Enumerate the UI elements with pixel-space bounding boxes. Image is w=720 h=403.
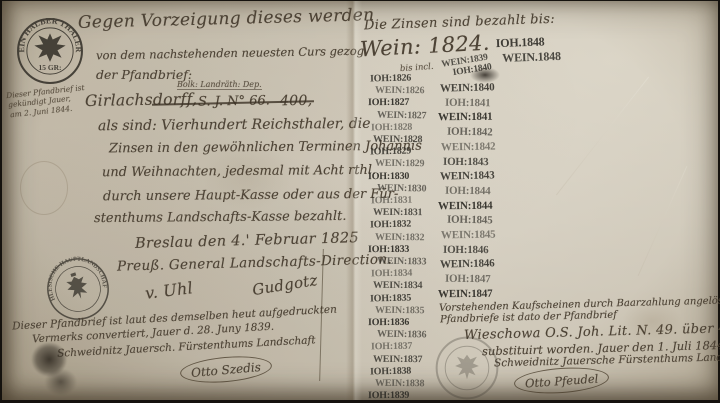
eagle-icon [455, 355, 479, 379]
estate-name: Girlachsdorff, [85, 90, 198, 110]
interest-stamp: WEIN:1831 [373, 207, 422, 218]
interest-stamp: WEIN:1847 [438, 288, 493, 300]
interest-stamp: IOH:1826 [370, 72, 411, 84]
pfandbrief-page: EIN HALBER THALER 15 GR: Dieser Pfandbri… [2, 1, 718, 400]
interest-stamp: WEIN:1837 [373, 353, 422, 364]
ink-blot [26, 337, 84, 401]
interest-stamp: IOH:1829 [370, 146, 411, 158]
body-line: als sind: Vierhundert Reichsthaler, die [98, 116, 371, 134]
interest-stamp: WEIN:1846 [440, 258, 495, 271]
interest-stamp: WEIN:1828 [373, 134, 422, 145]
interest-stamp: IOH:1830 [368, 170, 409, 181]
eagle-icon [34, 33, 65, 62]
interest-stamp: IOH:1844 [445, 185, 491, 198]
interest-stamp: WEIN:1827 [377, 109, 427, 121]
interest-stamp: IOH:1842 [447, 126, 493, 139]
interest-stamp: WEIN:1833 [377, 256, 427, 268]
interest-stamp: WEIN:1826 [375, 85, 424, 97]
interest-stamp-column-1: IOH:1826WEIN:1826IOH:1827WEIN:1827IOH:18… [370, 73, 440, 403]
interest-stamp: WEIN:1842 [441, 140, 496, 153]
interest-stamp: WEIN:1836 [377, 329, 427, 341]
interest-stamp: WEIN:1841 [438, 111, 493, 123]
interest-stamp: IOH:1835 [370, 292, 411, 304]
interest-stamp: IOH:1846 [443, 244, 489, 256]
body-line: stenthums Landschafts-Kasse bezahlt. [94, 209, 347, 226]
interest-stamp: WEIN:1835 [375, 304, 424, 316]
paper-scratch [556, 77, 649, 196]
paper-stain [202, 141, 292, 211]
coat-of-arms-icon [63, 270, 91, 302]
interest-stamp: IOH:1838 [370, 365, 411, 377]
interest-paid-line: Die Zinsen sind bezahlt bis: [364, 12, 555, 34]
interest-stamp: IOH:1828 [371, 121, 412, 133]
interest-stamp: WEIN:1844 [438, 199, 493, 211]
interest-stamp: IOH:1843 [443, 155, 489, 167]
document-photo: EIN HALBER THALER 15 GR: Dieser Pfandbri… [0, 0, 720, 403]
interest-stamp: IOH:1839 [368, 390, 409, 401]
interest-stamp: WEIN:1830 [377, 182, 427, 194]
conversion-signature: Otto Szedis [191, 360, 262, 380]
embossed-mark [20, 161, 68, 215]
interest-stamp: WEIN.1848 [502, 49, 561, 66]
interest-stamp-column-2: WEIN:1840IOH:1841WEIN:1841IOH:1842WEIN:1… [440, 82, 520, 302]
faint-seal [434, 335, 500, 401]
stamps-1848: IOH.1848 WEIN.1848 [495, 34, 561, 66]
substitution-signature-oval: Otto Pfeudel [513, 365, 610, 397]
interest-stamp: IOH:1832 [370, 219, 411, 231]
interest-stamp: IOH:1833 [368, 244, 409, 255]
department-note: Bolk: Landräth: Dep. [177, 80, 262, 90]
interest-stamp: WEIN:1838 [375, 378, 424, 390]
interest-stamp: IOH:1837 [371, 341, 412, 353]
interest-stamp: WEIN:1832 [375, 231, 424, 243]
interest-stamp: WEIN:1829 [375, 158, 424, 170]
interest-stamp: WEIN:1845 [441, 229, 496, 242]
interest-stamp: WEIN:1840 [440, 81, 495, 94]
interest-stamp: IOH:1827 [368, 97, 409, 108]
half-thaler-seal: EIN HALBER THALER 15 GR: [16, 17, 84, 85]
ink-smudge [470, 67, 500, 83]
page-fold [346, 1, 362, 400]
interest-stamp: WEIN:1843 [440, 170, 495, 183]
paper-scratch [638, 166, 688, 276]
interest-stamp: IOH:1845 [447, 214, 493, 227]
interest-stamp: IOH:1847 [445, 273, 491, 286]
interest-stamp: IOH:1836 [368, 317, 409, 328]
interest-stamp: IOH:1841 [445, 96, 491, 109]
interest-stamp: WEIN:1834 [373, 280, 422, 291]
interest-stamp: IOH:1834 [371, 268, 412, 280]
seal-value-text: 15 GR: [38, 63, 61, 72]
substitution-signature: Otto Pfeudel [525, 371, 599, 390]
interest-stamp: IOH:1831 [371, 195, 412, 207]
paper-stain [622, 301, 682, 341]
